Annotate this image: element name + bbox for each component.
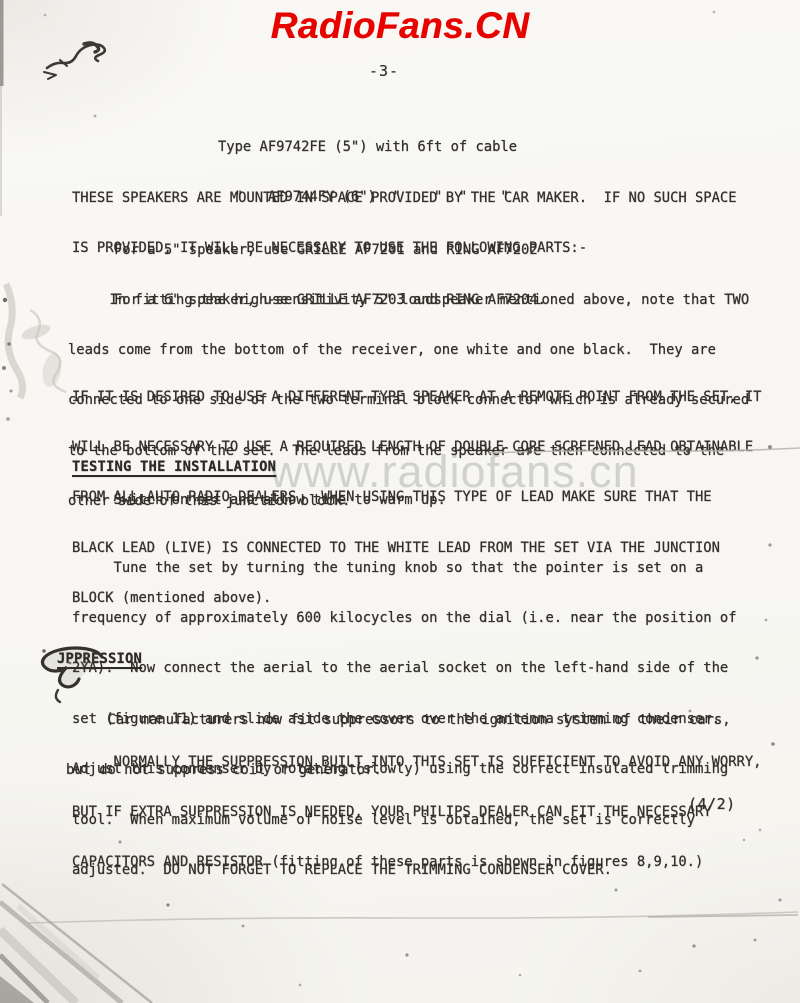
line-switch-on: Switch on set and allow time to warm up. xyxy=(72,492,446,509)
text-line: WILL BE NECESSARY TO USE A REQUIRED LENG… xyxy=(72,439,761,456)
text-line: NORMALLY THE SUPPRESSION BUILT INTO THIS… xyxy=(72,754,761,771)
text-line: frequency of approximately 600 kilocycle… xyxy=(72,610,737,627)
fold-line-lower xyxy=(28,912,798,923)
text-line: 2YA). Now connect the aerial to the aeri… xyxy=(72,660,737,677)
fold-line-lower-dark xyxy=(648,915,798,917)
brand-watermark-title: RadioFans.CN xyxy=(0,5,800,47)
section-heading-suppression: JPPRESSION xyxy=(57,651,142,668)
page-number: -3- xyxy=(0,62,768,80)
text-line: BUT IF EXTRA SUPPRESSION IS NEEDED, YOUR… xyxy=(72,804,761,821)
edge-shadow-strip-faint xyxy=(0,86,2,216)
text-line: THESE SPEAKERS ARE MOUNTED IN SPACE PROV… xyxy=(72,190,737,207)
section-heading-testing: TESTING THE INSTALLATION xyxy=(72,459,276,476)
paragraph-normally: NORMALLY THE SUPPRESSION BUILT INTO THIS… xyxy=(72,720,761,905)
page-marker: (4/2) xyxy=(688,796,736,813)
text-line: For a 5" speaker, use GRILLE AF7201 and … xyxy=(114,242,546,259)
crease-smudge-left xyxy=(2,284,66,421)
text-line: CAPACITORS AND RESISTOR (fitting of thes… xyxy=(72,854,761,871)
text-line: Tune the set by turning the tuning knob … xyxy=(72,560,737,577)
text-line: IF IT IS DESIRED TO USE A DIFFERENT TYPE… xyxy=(72,389,761,406)
text-line: Type AF9742FE (5") with 6ft of cable xyxy=(218,139,517,156)
text-line: In fitting the high-sensitivity 5" louds… xyxy=(68,292,749,309)
scanned-document-page: www.radiofans.cn RadioFans.CN -3- Type A… xyxy=(0,0,800,1003)
